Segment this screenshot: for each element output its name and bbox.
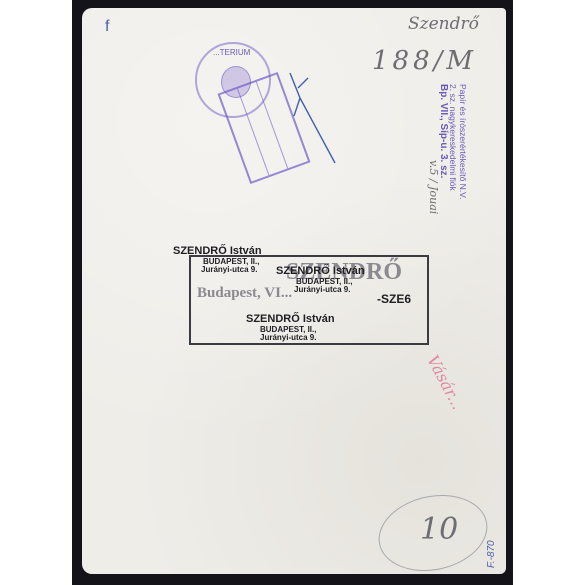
stamp-street: Jurányi-utca 9. bbox=[173, 266, 262, 274]
stamp-street: Jurányi-utca 9. bbox=[276, 286, 365, 294]
pencil-name: Szendrő bbox=[408, 14, 479, 34]
pencil-number: 188/M bbox=[372, 46, 477, 76]
box-stamp-code: -SZE6 bbox=[377, 293, 411, 306]
corner-mark: f bbox=[105, 18, 109, 36]
supplier-stamp-line: Papír és írószerértékesítő N.V. bbox=[458, 84, 468, 199]
blue-pen-mark-icon bbox=[280, 68, 340, 168]
seal-text: ...TERIUM bbox=[213, 48, 250, 57]
photographer-stamp: SZENDRŐ István BUDAPEST, II., Jurányi-ut… bbox=[173, 246, 262, 274]
circled-number: 10 bbox=[420, 512, 458, 547]
bottom-code: F.-870 bbox=[486, 540, 497, 568]
pencil-vertical-note: v.5 / Jouai bbox=[427, 160, 440, 214]
supplier-stamp: Papír és írószerértékesítő N.V. 2. sz. n… bbox=[438, 84, 468, 199]
photographer-stamp: SZENDRŐ István BUDAPEST, II., Jurányi-ut… bbox=[246, 314, 335, 342]
stamp-name: SZENDRŐ István bbox=[173, 246, 262, 258]
stamp-name: SZENDRŐ István bbox=[276, 266, 365, 278]
supplier-stamp-line: 2. sz. nagykereskedelmi fiók bbox=[448, 84, 458, 199]
photographer-stamp: SZENDRŐ István BUDAPEST, II., Jurányi-ut… bbox=[276, 266, 365, 294]
stamp-name: SZENDRŐ István bbox=[246, 314, 335, 326]
stamp-street: Jurányi-utca 9. bbox=[246, 334, 335, 342]
